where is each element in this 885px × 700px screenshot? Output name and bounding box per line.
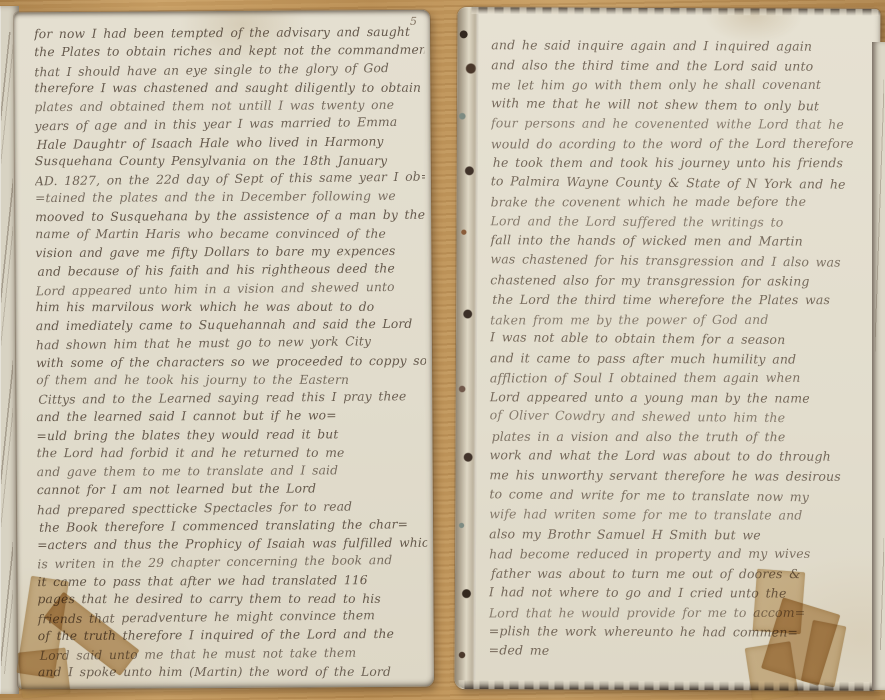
manuscript-line: me let him go with them only he shall co… [491, 75, 872, 95]
manuscript-photo: 5 for now I had been tempted of the advi… [0, 0, 885, 700]
manuscript-line: the Lord had forbid it and he returned t… [37, 444, 427, 463]
manuscript-line: the Lord the third time wherefore the Pl… [492, 290, 872, 310]
manuscript-line: for now I had been tempted of the advisa… [34, 23, 424, 44]
manuscript-page-left: 5 for now I had been tempted of the advi… [14, 10, 434, 690]
manuscript-line: =tained the plates and the in December f… [35, 187, 425, 208]
next-page-edge [872, 42, 885, 690]
manuscript-line: I was not able to obtain them for a seas… [490, 327, 871, 350]
manuscript-line: father was about to turn me out of doore… [491, 564, 872, 584]
handwritten-text-right: and he said inquire again and I inquired… [489, 35, 873, 665]
manuscript-line: it came to pass that after we had transl… [37, 570, 427, 591]
manuscript-line: him his marvilous work which he was abou… [36, 298, 426, 317]
manuscript-line: therefore I was chastened and saught dil… [34, 79, 424, 98]
manuscript-line: and also the third time and the Lord sai… [491, 55, 872, 76]
manuscript-line: Lord and the Lord suffered the writings … [491, 211, 872, 232]
manuscript-line: affliction of Soul I obtained them again… [490, 368, 871, 388]
manuscript-line: I had not where to go and I cried unto t… [489, 583, 870, 604]
manuscript-line: and gave them to me to translate and I s… [37, 461, 427, 482]
manuscript-line: was chastened for his transgression and … [490, 249, 871, 272]
manuscript-line: chastened also for my transgression for … [490, 270, 871, 291]
handwritten-text-left: for now I had been tempted of the advisa… [34, 23, 428, 685]
manuscript-page-right: and he said inquire again and I inquired… [455, 7, 881, 691]
manuscript-line: the Book therefore I commenced translati… [39, 515, 428, 537]
manuscript-line: wife had writen some for me to translate… [489, 504, 870, 525]
manuscript-line: fall into the hands of wicked men and Ma… [490, 231, 871, 252]
marbled-binding-edge [455, 7, 479, 689]
manuscript-line: to Palmira Wayne County & State of N Yor… [491, 171, 872, 194]
manuscript-line: Cittys and to the Learned saying read th… [38, 387, 428, 409]
manuscript-line: would do acording to the word of the Lor… [491, 133, 872, 153]
manuscript-line: Hale Daughtr of Isaach Hale who lived in… [37, 132, 427, 154]
page-top-edge [471, 7, 880, 16]
manuscript-line: name of Martin Haris who became convince… [35, 225, 425, 244]
manuscript-line: had become reduced in property and my wi… [489, 544, 870, 564]
manuscript-line: also my Brothr Samuel H Smith but we [489, 524, 870, 545]
manuscript-line: with some of the characters so we procee… [36, 351, 426, 372]
manuscript-line: =uld bring the blates they would read it… [36, 424, 426, 445]
manuscript-line: he took them and took his journey unto h… [493, 153, 873, 173]
manuscript-line: of them and he took his journy to the Ea… [36, 371, 426, 390]
manuscript-line: with me that he will not shew them to on… [491, 93, 872, 116]
manuscript-line: to come and write for me to translate no… [489, 484, 870, 507]
manuscript-line: brake the covenent which he made before … [491, 192, 872, 212]
manuscript-line: that I should have an eye single to the … [34, 58, 424, 81]
manuscript-line: me his unworthy servant therefore he was… [489, 465, 870, 486]
manuscript-line: of Oliver Cowdry and shewed unto him the [490, 406, 871, 429]
tape-strip [18, 648, 71, 699]
manuscript-line: and it came to pass after much humility … [490, 348, 871, 369]
manuscript-line: plates in a vision and also the truth of… [492, 427, 873, 447]
manuscript-line: and the learned said I cannot but if he … [36, 406, 426, 427]
tape-strip [745, 641, 799, 700]
manuscript-line: and he said inquire again and I inquired… [491, 35, 872, 56]
manuscript-line: work and what the Lord was about to do t… [489, 446, 870, 467]
manuscript-line: four persons and he covenented withe Lor… [491, 113, 872, 134]
manuscript-line: and I spoke unto him (Martin) the word o… [38, 663, 428, 682]
manuscript-line: mooved to Susquehana by the assistence o… [35, 205, 425, 226]
manuscript-line: taken from me by the power of God and [490, 309, 871, 329]
